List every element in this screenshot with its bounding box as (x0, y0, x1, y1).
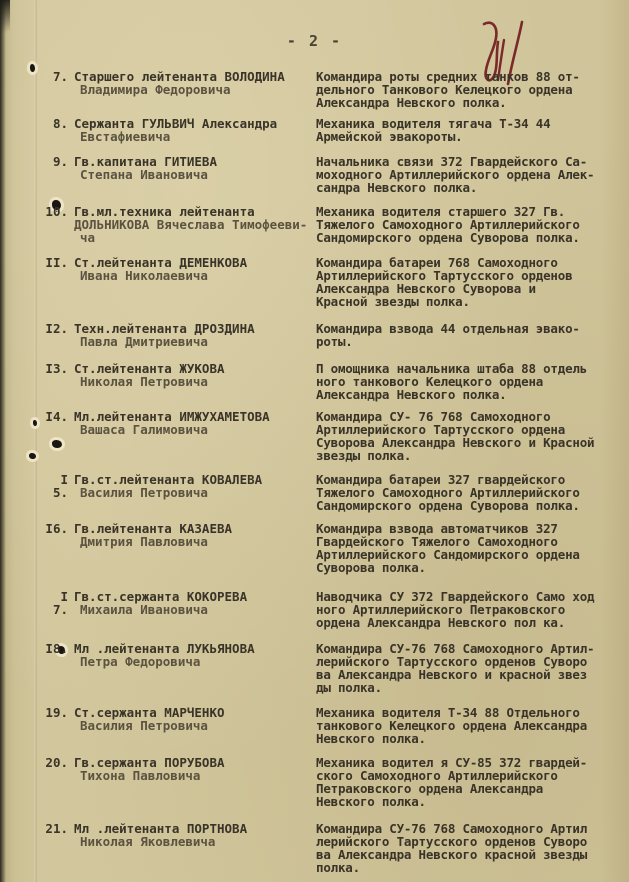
entry-person: Гв.лейтенанта КАЗАЕВАДмитрия Павловича (74, 522, 304, 548)
person-given-names: ДОЛЬНИКОВА Вячеслава Тимофееви- (74, 218, 304, 231)
entry-position: Командира взвода 44 отдельная эвако-роты… (316, 322, 616, 348)
person-given-names: Павла Дмитриевича (74, 335, 304, 348)
position-line: ды полка. (316, 681, 616, 694)
position-line: Командира взвода 44 отдельная эвако- (316, 322, 616, 335)
position-line: Невского полка. (316, 732, 616, 745)
entry-person: Мл.лейтенанта ИМЖУХАМЕТОВАВашаса Галимов… (74, 410, 304, 436)
position-line: Александра Невского полка. (316, 388, 616, 401)
entry-person: Техн.лейтенанта ДРОЗДИНАПавла Дмитриевич… (74, 322, 304, 348)
entry-person: Гв.мл.техника лейтенантаДОЛЬНИКОВА Вячес… (74, 205, 304, 244)
position-line: Армейской эвакороты. (316, 130, 616, 143)
binding-hole (30, 64, 35, 72)
entry-person: Мл .лейтенанта ЛУКЬЯНОВАПетра Федоровича (74, 642, 304, 668)
entry-position: Механика водител я СУ-85 372 гвардей-ско… (316, 756, 616, 808)
page-number: - 2 - (0, 32, 629, 50)
person-given-names: Дмитрия Павловича (74, 535, 304, 548)
entry-person: Ст.сержанта МАРЧЕНКОВасилия Петровича (74, 706, 304, 732)
entry-number: 10. (40, 205, 68, 218)
entry-position: Механика водителя тягача Т-34 44Армейско… (316, 117, 616, 143)
page-edge-shadow (0, 0, 6, 882)
entry-number: I 5. (40, 473, 68, 499)
person-given-names: Николая Яковлевича (74, 835, 304, 848)
entry-number: I4. (40, 410, 68, 423)
person-given-names: Ивана Николаевича (74, 269, 304, 282)
position-line: ва Александра Невского красной звезды (316, 848, 616, 861)
position-line: ордена Александра Невского пол ка. (316, 616, 616, 629)
entry-person: Гв.ст.лейтенанта КОВАЛЕВАВасилия Петрови… (74, 473, 304, 499)
document-page: - 2 - 7.Старшего лейтенанта ВОЛОДИНАВлад… (0, 0, 629, 882)
person-given-names: Вашаса Галимовича (74, 423, 304, 436)
entry-position: Командира СУ-76 768 Самоходного Артил-ле… (316, 642, 616, 694)
entry-number: 21. (40, 822, 68, 835)
person-given-names: Михаила Ивановича (74, 603, 304, 616)
entry-position: Командира батареи 327 гвардейскогоТяжело… (316, 473, 616, 512)
position-line: сандра Невского полка. (316, 181, 616, 194)
position-line: Сандомирского ордена Суворова полка. (316, 499, 616, 512)
entry-number: 20. (40, 756, 68, 769)
entry-position: П омощника начальника штаба 88 отдельног… (316, 362, 616, 401)
position-line: роты. (316, 335, 616, 348)
person-given-names: Василия Петровича (74, 719, 304, 732)
person-given-names: Василия Петровича (74, 486, 304, 499)
entry-number: I8. (40, 642, 68, 655)
entry-number: I6. (40, 522, 68, 535)
entry-number: 7. (40, 70, 68, 83)
entry-number: II. (40, 256, 68, 269)
entry-position: Механика водителя Т-34 88 Отдельноготанк… (316, 706, 616, 745)
entry-number: I2. (40, 322, 68, 335)
entry-position: Командира СУ-76 768 Самоходного Артиллер… (316, 822, 616, 874)
person-given-names: Тихона Павловича (74, 769, 304, 782)
person-given-names: Петра Федоровича (74, 655, 304, 668)
person-given-names: Евстафиевича (74, 130, 304, 143)
position-line: Красной звезды полка. (316, 295, 616, 308)
binding-hole (52, 440, 62, 448)
entry-position: Командира роты средних танков 88 от-дель… (316, 70, 616, 109)
binding-hole (33, 420, 37, 426)
entry-position: Наводчика СУ 372 Гвардейского Само ходно… (316, 590, 616, 629)
binding-hole (29, 453, 36, 459)
person-given-names: Степана Ивановича (74, 168, 304, 181)
entry-person: Гв.капитана ГИТИЕВАСтепана Ивановича (74, 155, 304, 181)
entry-position: Начальника связи 372 Гвардейского Са-мох… (316, 155, 616, 194)
person-given-names: ча (74, 231, 304, 244)
entry-person: Сержанта ГУЛЬВИЧ АлександраЕвстафиевича (74, 117, 304, 143)
entry-person: Ст.лейтенанта ЖУКОВАНиколая Петровича (74, 362, 304, 388)
entry-number: 19. (40, 706, 68, 719)
entry-position: Командира батареи 768 СамоходногоАртилле… (316, 256, 616, 308)
entry-number: I3. (40, 362, 68, 375)
entry-position: Механика водителя старшего 327 Гв.Тяжело… (316, 205, 616, 244)
entry-number: 9. (40, 155, 68, 168)
position-line: Невского полка. (316, 795, 616, 808)
entry-person: Ст.лейтенанта ДЕМЕНКОВАИвана Николаевича (74, 256, 304, 282)
entry-person: Мл .лейтенанта ПОРТНОВАНиколая Яковлевич… (74, 822, 304, 848)
position-line: Сандомирского ордена Суворова полка. (316, 231, 616, 244)
position-line: Александра Невского полка. (316, 96, 616, 109)
entry-person: Гв.сержанта ПОРУБОВАТихона Павловича (74, 756, 304, 782)
entry-position: Командира СУ- 76 768 СамоходногоАртиллер… (316, 410, 616, 462)
position-line: звезды полка. (316, 449, 616, 462)
entry-number: I 7. (40, 590, 68, 616)
entry-number: 8. (40, 117, 68, 130)
position-line: Суворова полка. (316, 561, 616, 574)
entry-person: Гв.ст.сержанта КОКОРЕВАМихаила Ивановича (74, 590, 304, 616)
entry-position: Командира взвода автоматчиков 327Гвардей… (316, 522, 616, 574)
binding-crease (34, 0, 37, 882)
person-given-names: Николая Петровича (74, 375, 304, 388)
entry-person: Старшего лейтенанта ВОЛОДИНАВладимира Фе… (74, 70, 304, 96)
position-line: полка. (316, 861, 616, 874)
person-given-names: Владимира Федоровича (74, 83, 304, 96)
